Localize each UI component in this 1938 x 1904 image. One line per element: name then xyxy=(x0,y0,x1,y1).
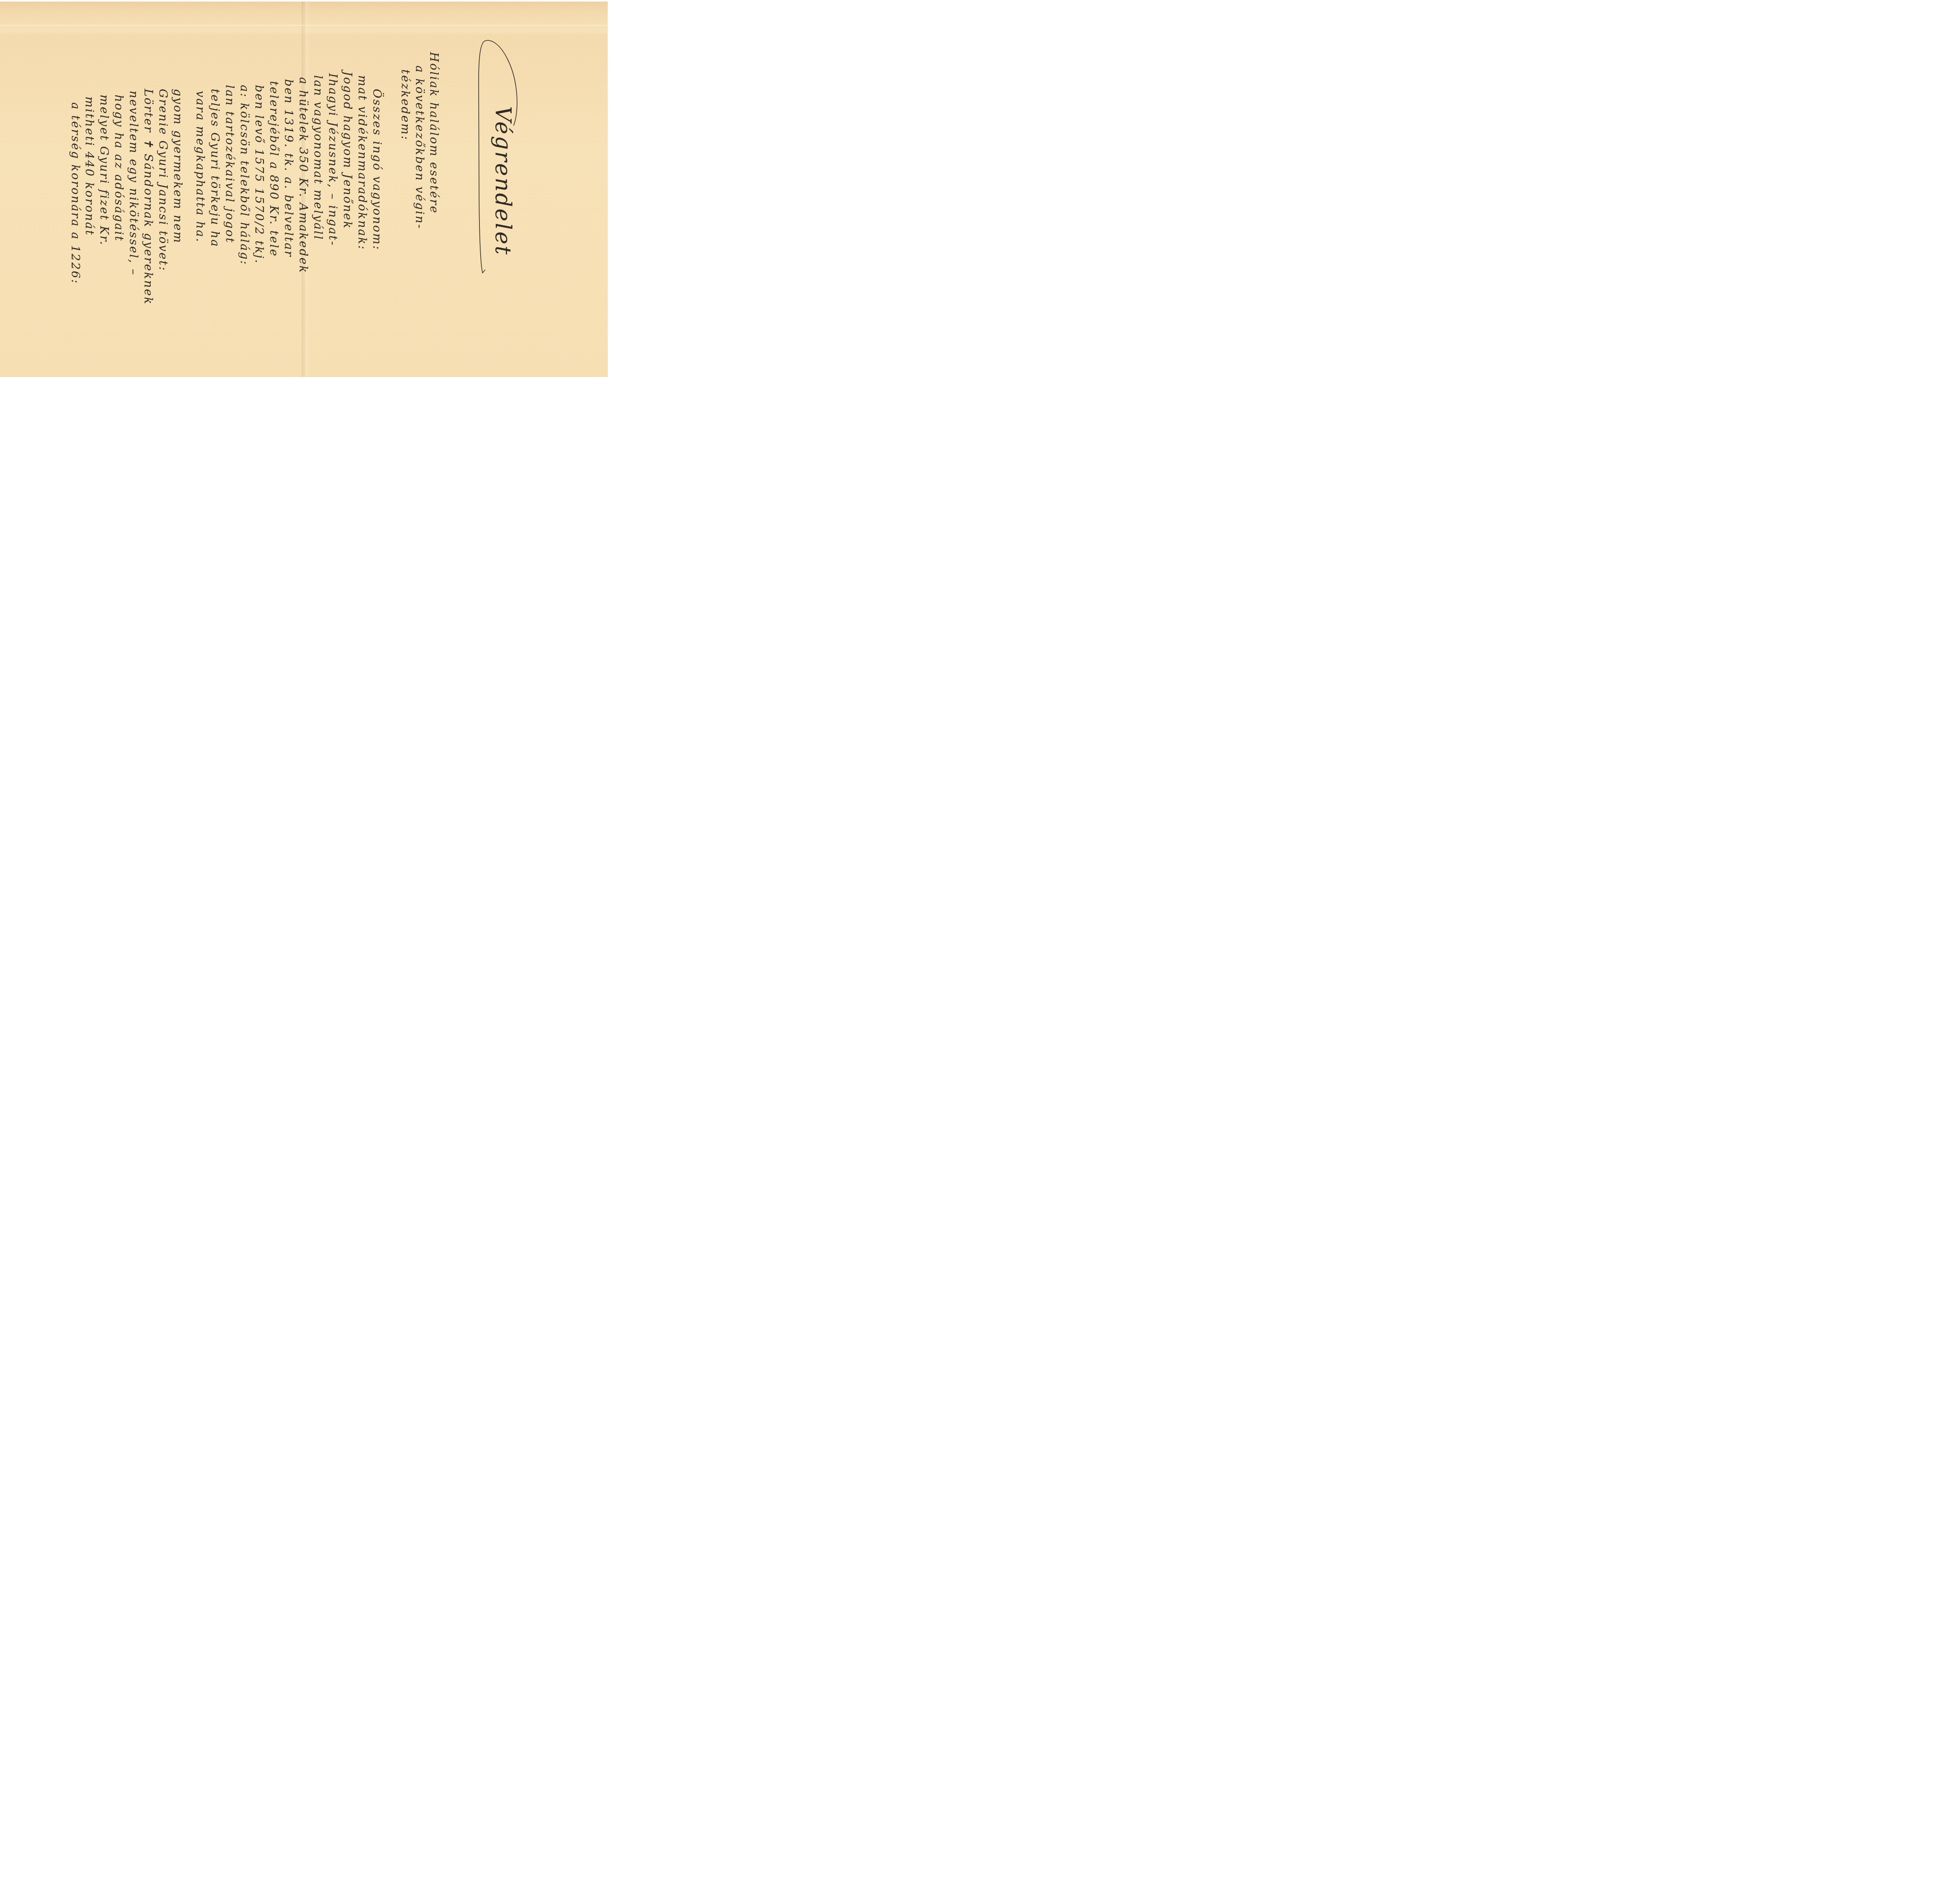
text-line: Összes ingó vagyonom: xyxy=(370,89,384,251)
text-line: Grenie Gyuri Jancsi tövet: xyxy=(156,89,170,272)
document-title: Végrendelet xyxy=(490,106,516,256)
text-line: lan vagyonomat melyáll xyxy=(311,75,325,241)
text-line: lan tartozékaival jogot xyxy=(223,85,236,244)
text-line: neveltem egy nikötéssel, – xyxy=(127,91,140,276)
text-line: Ihagyi Jézusnek, – ingat- xyxy=(326,73,340,246)
text-line: Hóliak halálom esetére xyxy=(427,52,441,214)
text-line: a térség koronára a 1226: xyxy=(69,102,82,284)
text-line: Jogod hagyom Jenőnek xyxy=(341,71,354,229)
text-line: hogy ha az adóságait xyxy=(112,95,126,242)
text-line: vara megkaphatta ha. xyxy=(193,91,207,243)
text-line: telerejéből a 890 Kr. tele xyxy=(267,81,281,257)
text-line: gyom gyermekem nem xyxy=(171,89,184,244)
text-line: melyet Gyuri fizet Kr. xyxy=(97,95,111,246)
text-line: teljes Gyuri törkeju ha xyxy=(208,89,222,248)
text-line: ben levő 1575 1570/2 tkj. xyxy=(252,85,266,264)
text-line: tézkedem: xyxy=(398,69,412,141)
text-line: mat vidékenmaradóknak: xyxy=(355,75,369,250)
text-line: mitheti 440 koronát xyxy=(83,96,96,236)
document-page: Végrendelet Hóliak halálom esetére a köv… xyxy=(0,2,608,377)
paper-fold-horizontal xyxy=(0,25,608,26)
text-line: ben 1319. tk. a. belveltar xyxy=(282,79,295,258)
text-line: a: kölcsön telekből hálág: xyxy=(238,85,251,265)
text-line: a következőkben végin- xyxy=(413,65,426,229)
text-line: Lörter ✝ Sándornak gyereknek xyxy=(141,89,155,305)
text-line: a hütelek 350 Kr. Amakedek xyxy=(297,77,310,274)
